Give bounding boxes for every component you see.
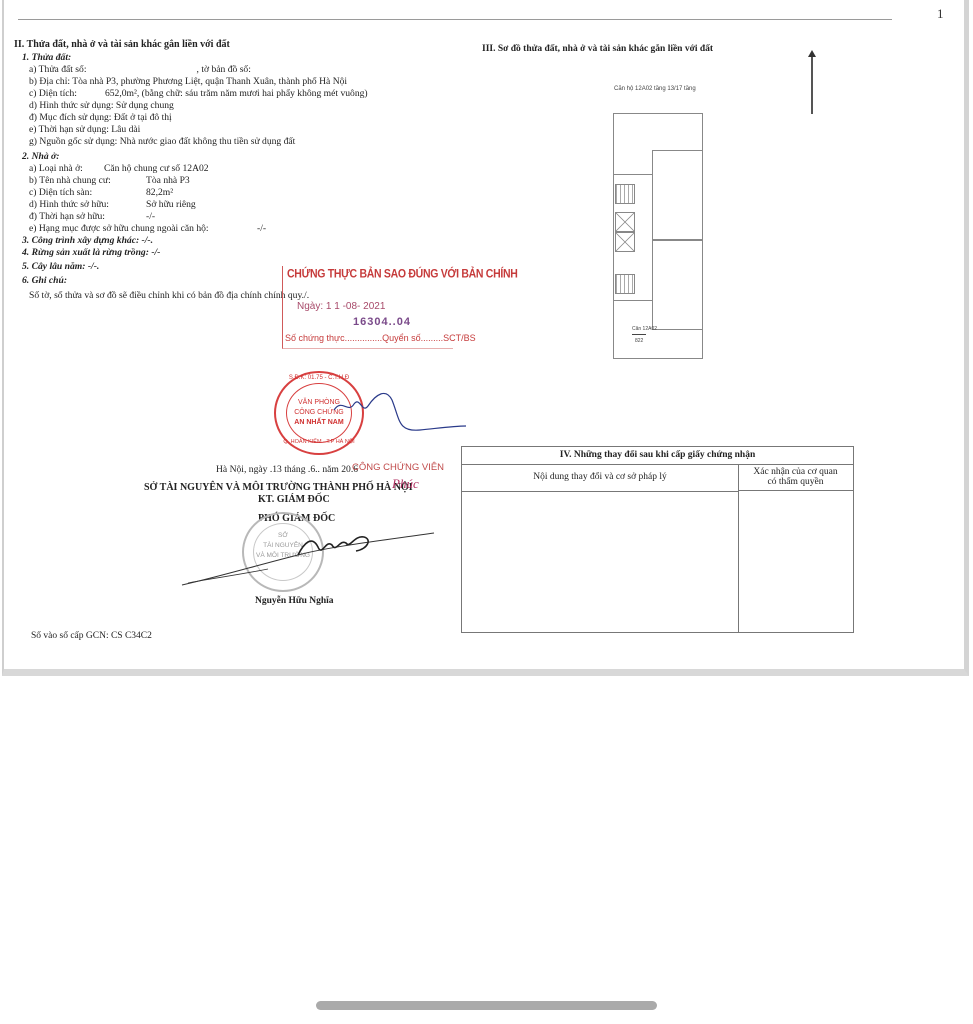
unit-label: Căn 12A02 bbox=[632, 326, 657, 332]
floor-plan-caption: Căn hộ 12A02 tầng 13/17 tầng bbox=[614, 86, 696, 92]
notes-text: Số tờ, số thửa và sơ đồ sẽ điều chỉnh kh… bbox=[29, 290, 309, 302]
land-usage-purpose: đ) Mục đích sử dụng: Đất ở tại đô thị bbox=[29, 112, 172, 124]
notary-title: CÔNG CHỨNG VIÊN bbox=[352, 462, 444, 473]
page-marker: 1 bbox=[937, 8, 944, 20]
perennial-trees: 5. Cây lâu năm: -/-. bbox=[22, 261, 99, 273]
unit-area: 822 bbox=[635, 338, 643, 344]
stamp-footer: Số chứng thực...............Quyển số....… bbox=[285, 333, 476, 343]
signer-authority: KT. GIÁM ĐỐC bbox=[258, 494, 330, 506]
changes-table-body bbox=[462, 492, 739, 632]
changes-column-content: Nội dung thay đổi và cơ sở pháp lý bbox=[462, 464, 739, 492]
land-address: b) Địa chỉ: Tòa nhà P3, phường Phương Li… bbox=[29, 76, 347, 88]
floor-plan-diagram: Căn 12A02 822 bbox=[613, 113, 703, 359]
house-type: a) Loại nhà ở:Căn hộ chung cư số 12A02 bbox=[29, 163, 209, 175]
official-signature bbox=[178, 525, 438, 595]
land-heading: 1. Thửa đất: bbox=[22, 52, 71, 64]
stamp-title: CHỨNG THỰC BẢN SAO ĐÚNG VỚI BẢN CHÍNH bbox=[287, 267, 518, 281]
house-ownership-term: đ) Thời hạn sở hữu:-/- bbox=[29, 211, 155, 223]
land-usage-term: e) Thời hạn sử dụng: Lâu dài bbox=[29, 124, 140, 136]
notary-signature bbox=[330, 380, 470, 440]
north-arrow-icon bbox=[811, 56, 813, 114]
issuing-agency: SỞ TÀI NGUYÊN VÀ MÔI TRƯỜNG THÀNH PHỐ HÀ… bbox=[144, 482, 413, 494]
land-parcel-number: a) Thửa đất số:, tờ bản đồ số: bbox=[29, 64, 251, 76]
house-building-name: b) Tên nhà chung cư:Tòa nhà P3 bbox=[29, 175, 190, 187]
notes-heading: 6. Ghi chú: bbox=[22, 275, 67, 287]
stamp-date: Ngày: 1 1 -08- 2021 bbox=[297, 301, 385, 312]
gcn-registry-number: Số vào sổ cấp GCN: CS C34C2 bbox=[31, 630, 152, 642]
top-rule bbox=[18, 19, 892, 20]
section-2-title: II. Thửa đất, nhà ở và tài sản khác gắn … bbox=[14, 39, 230, 51]
place-date: Hà Nội, ngày .13 tháng .6.. năm 20.6 bbox=[216, 464, 358, 476]
changes-table-title: IV. Những thay đổi sau khi cấp giấy chứn… bbox=[462, 447, 853, 465]
land-area: c) Diện tích:652,0m², (bằng chữ: sáu tră… bbox=[29, 88, 368, 100]
section-3-title: III. Sơ đồ thửa đất, nhà ở và tài sản kh… bbox=[482, 43, 713, 55]
changes-column-confirmation: Xác nhận của cơ quan có thẩm quyền bbox=[738, 464, 853, 491]
planted-forest: 4. Rừng sản xuất là rừng trồng: -/- bbox=[22, 247, 160, 259]
house-floor-area: c) Diện tích sàn:82,2m² bbox=[29, 187, 173, 199]
signer-name: Nguyễn Hữu Nghĩa bbox=[255, 595, 334, 607]
certified-copy-stamp: CHỨNG THỰC BẢN SAO ĐÚNG VỚI BẢN CHÍNH Ng… bbox=[282, 266, 453, 349]
house-shared-items: e) Hạng mục được sở hữu chung ngoài căn … bbox=[29, 223, 266, 235]
notary-name: Phúc bbox=[392, 476, 419, 492]
stamp-number: 16304..04 bbox=[353, 316, 411, 328]
house-heading: 2. Nhà ở: bbox=[22, 151, 59, 163]
other-construction: 3. Công trình xây dựng khác: -/-. bbox=[22, 235, 153, 247]
home-indicator[interactable] bbox=[316, 1001, 657, 1010]
changes-table: IV. Những thay đổi sau khi cấp giấy chứn… bbox=[461, 446, 854, 633]
land-usage-form: d) Hình thức sử dụng: Sử dụng chung bbox=[29, 100, 174, 112]
house-ownership-form: d) Hình thức sở hữu:Sở hữu riêng bbox=[29, 199, 196, 211]
land-usage-origin: g) Nguồn gốc sử dụng: Nhà nước giao đất … bbox=[29, 136, 295, 148]
